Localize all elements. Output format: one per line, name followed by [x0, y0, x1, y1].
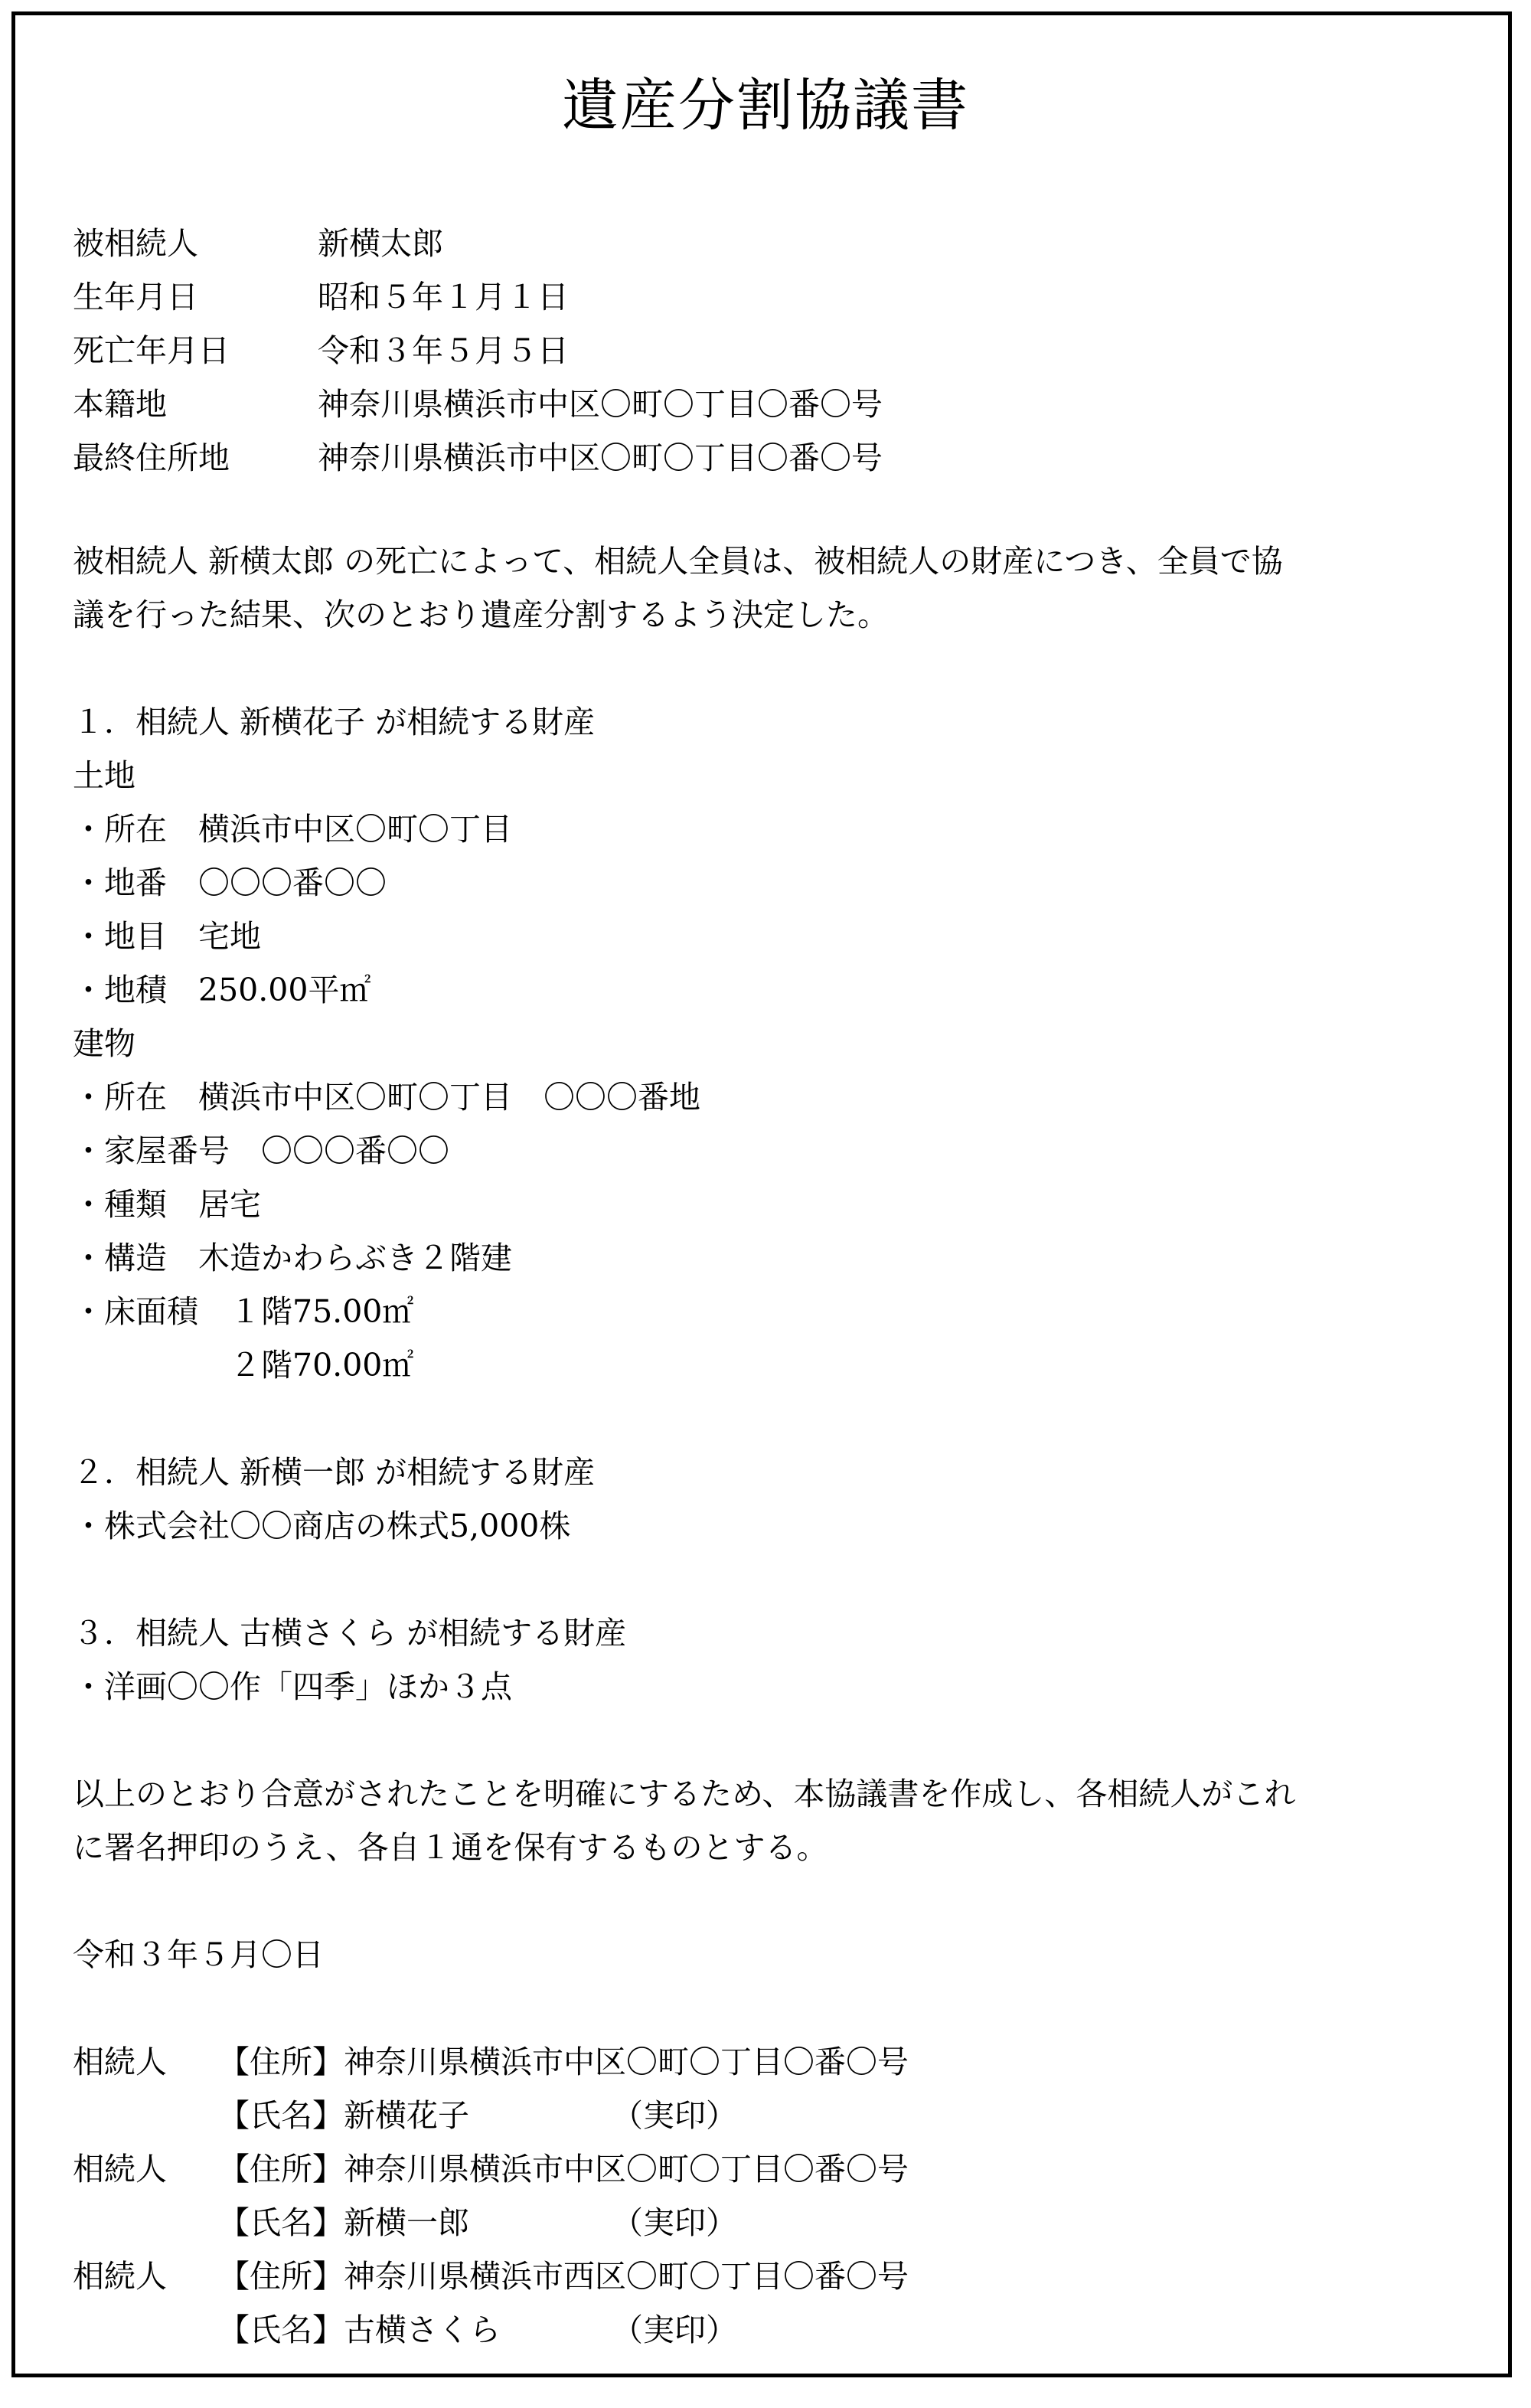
decedent-row: 被相続人新横太郎	[73, 222, 443, 265]
signature-3-name-label: 【氏名】	[218, 2312, 344, 2348]
decedent-label: 被相続人	[73, 222, 318, 265]
land-category: ・地目 宅地	[73, 915, 261, 958]
building-structure: ・構造 木造かわらぶき２階建	[73, 1237, 512, 1279]
preamble-line-1: 被相続人 新横太郎 の死亡によって、相続人全員は、被相続人の財産につき、全員で協	[73, 540, 1283, 583]
last-address-label: 最終住所地	[73, 436, 318, 479]
signature-3-address: 神奈川県横浜市西区〇町〇丁目〇番〇号	[344, 2258, 909, 2295]
closing-line-1: 以上のとおり合意がされたことを明確にするため、本協議書を作成し、各相続人がこれ	[73, 1773, 1295, 1815]
signature-1-name: 新横花子	[344, 2094, 612, 2137]
signature-1-address: 神奈川県横浜市中区〇町〇丁目〇番〇号	[344, 2044, 909, 2080]
signature-3-role: 相続人	[73, 2255, 218, 2298]
deathdate-row: 死亡年月日令和３年５月５日	[73, 329, 569, 372]
building-location: ・所在 横浜市中区〇町〇丁目 〇〇〇番地	[73, 1076, 700, 1119]
signature-2-address: 神奈川県横浜市中区〇町〇丁目〇番〇号	[344, 2151, 909, 2187]
signature-2-address-label: 【住所】	[218, 2151, 344, 2187]
deathdate-label: 死亡年月日	[73, 329, 318, 372]
signature-1-name-row: 【氏名】新横花子（実印）	[73, 2094, 737, 2137]
preamble-line-2: 議を行った結果、次のとおり遺産分割するよう決定した。	[73, 593, 889, 636]
signature-3-address-label: 【住所】	[218, 2258, 344, 2295]
signature-2-name-row: 【氏名】新横一郎（実印）	[73, 2201, 737, 2244]
signature-1-address-row: 相続人【住所】神奈川県横浜市中区〇町〇丁目〇番〇号	[73, 2040, 909, 2083]
signature-2-role: 相続人	[73, 2148, 218, 2191]
building-type: ・種類 居宅	[73, 1183, 261, 1226]
signature-2-name: 新横一郎	[344, 2201, 612, 2244]
section-3-item: ・洋画〇〇作「四季」ほか３点	[73, 1665, 512, 1708]
domicile-label: 本籍地	[73, 383, 318, 426]
signature-2-seal: （実印）	[612, 2204, 737, 2241]
birthdate-label: 生年月日	[73, 276, 318, 319]
decedent-value: 新横太郎	[318, 225, 443, 262]
building-house-number: ・家屋番号 〇〇〇番〇〇	[73, 1129, 449, 1172]
section-2-heading: ２．相続人 新横一郎 が相続する財産	[73, 1451, 595, 1494]
signature-1-role: 相続人	[73, 2040, 218, 2083]
signature-3-seal: （実印）	[612, 2312, 737, 2348]
signature-2-address-row: 相続人【住所】神奈川県横浜市中区〇町〇丁目〇番〇号	[73, 2148, 909, 2191]
birthdate-value: 昭和５年１月１日	[318, 279, 569, 315]
birthdate-row: 生年月日昭和５年１月１日	[73, 276, 569, 319]
signature-1-address-label: 【住所】	[218, 2044, 344, 2080]
last-address-row: 最終住所地神奈川県横浜市中区〇町〇丁目〇番〇号	[73, 436, 883, 479]
document-title: 遺産分割協議書	[0, 67, 1531, 144]
last-address-value: 神奈川県横浜市中区〇町〇丁目〇番〇号	[318, 439, 883, 476]
section-3-heading: ３．相続人 古横さくら が相続する財産	[73, 1612, 626, 1655]
land-lot-number: ・地番 〇〇〇番〇〇	[73, 861, 387, 904]
signature-1-name-label: 【氏名】	[218, 2097, 344, 2134]
building-heading: 建物	[73, 1022, 135, 1065]
domicile-row: 本籍地神奈川県横浜市中区〇町〇丁目〇番〇号	[73, 383, 883, 426]
section-2-item: ・株式会社〇〇商店の株式5,000株	[73, 1505, 570, 1547]
signature-1-seal: （実印）	[612, 2097, 737, 2134]
signature-3-name-row: 【氏名】古横さくら（実印）	[73, 2308, 737, 2351]
deathdate-value: 令和３年５月５日	[318, 332, 569, 369]
signature-3-address-row: 相続人【住所】神奈川県横浜市西区〇町〇丁目〇番〇号	[73, 2255, 909, 2298]
section-1-heading: １．相続人 新横花子 が相続する財産	[73, 701, 595, 743]
closing-line-2: に署名押印のうえ、各自１通を保有するものとする。	[73, 1826, 828, 1869]
signature-2-name-label: 【氏名】	[218, 2204, 344, 2241]
domicile-value: 神奈川県横浜市中区〇町〇丁目〇番〇号	[318, 386, 883, 423]
land-location: ・所在 横浜市中区〇町〇丁目	[73, 808, 512, 851]
building-floor-area-2: ２階70.00㎡	[73, 1344, 413, 1387]
agreement-date: 令和３年５月〇日	[73, 1933, 324, 1976]
signature-3-name: 古横さくら	[344, 2308, 612, 2351]
land-area: ・地積 250.00平㎡	[73, 969, 371, 1011]
building-floor-area-1: ・床面積 １階75.00㎡	[73, 1290, 413, 1333]
land-heading: 土地	[73, 754, 135, 797]
